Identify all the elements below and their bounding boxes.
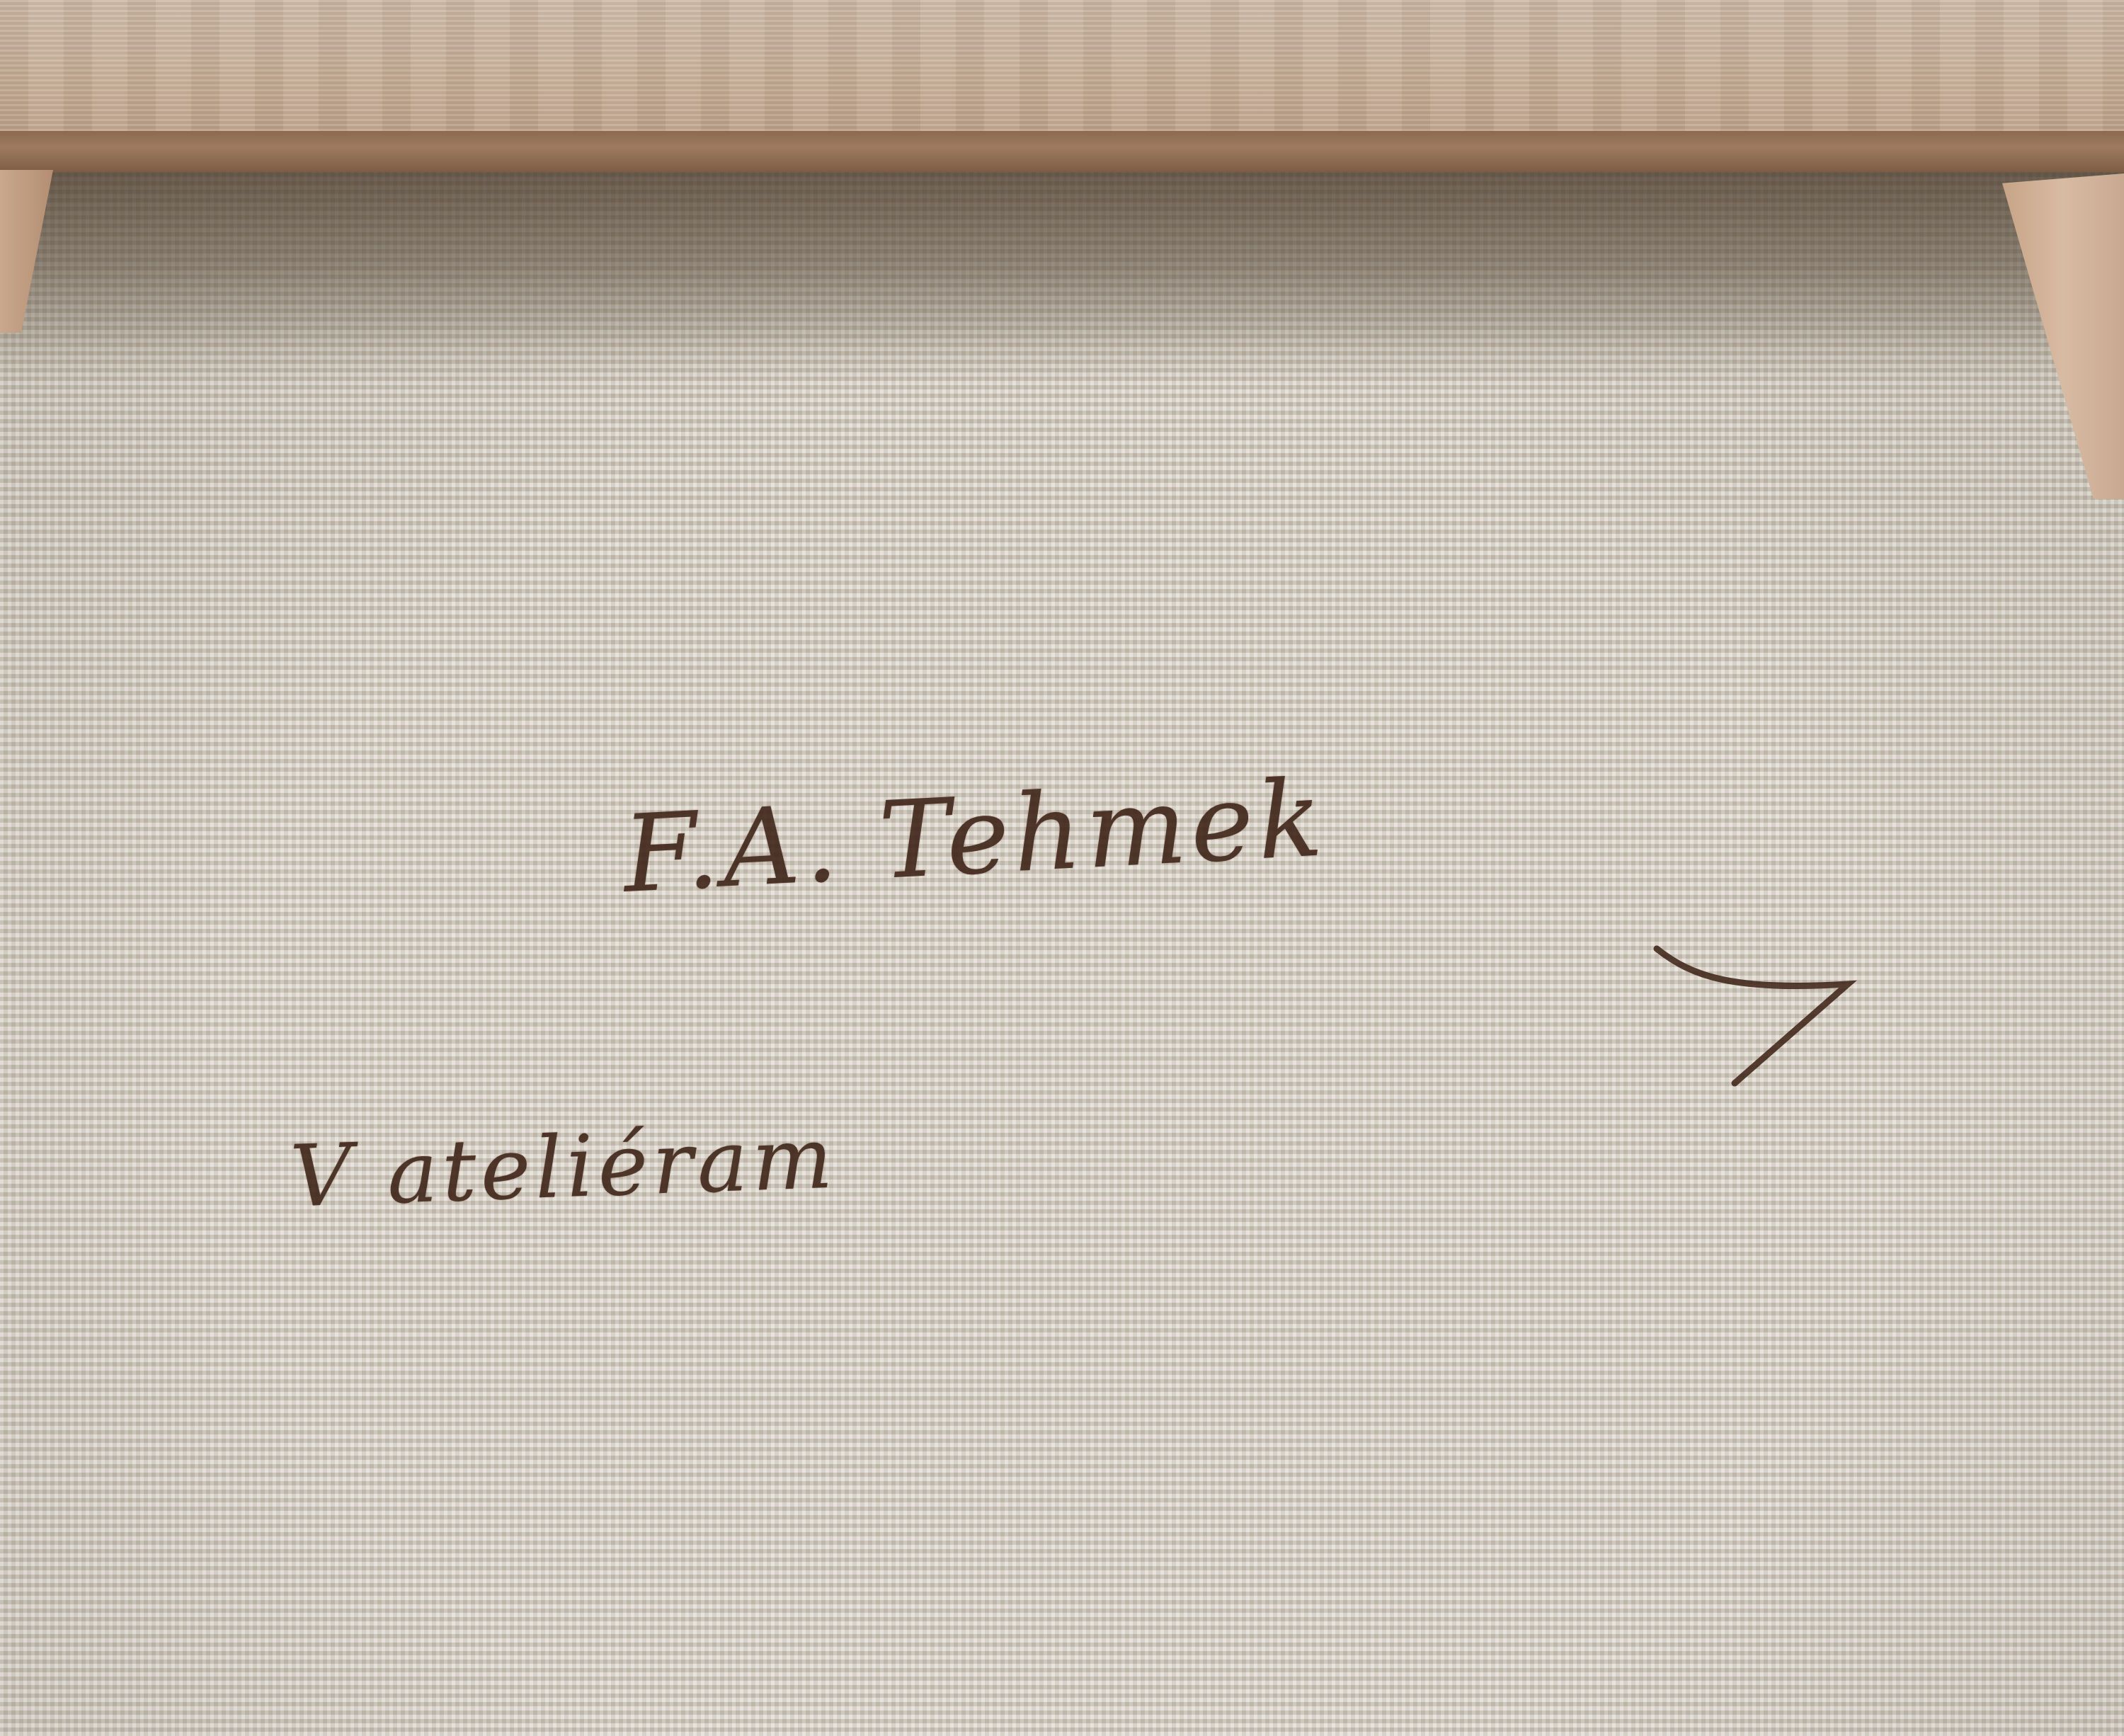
secondary-inscription: V ateliéram <box>289 1109 838 1227</box>
stretcher-bar-edge <box>0 131 2124 172</box>
stretcher-bar-top <box>0 0 2124 131</box>
signature-flourish-icon <box>1650 935 1862 1090</box>
